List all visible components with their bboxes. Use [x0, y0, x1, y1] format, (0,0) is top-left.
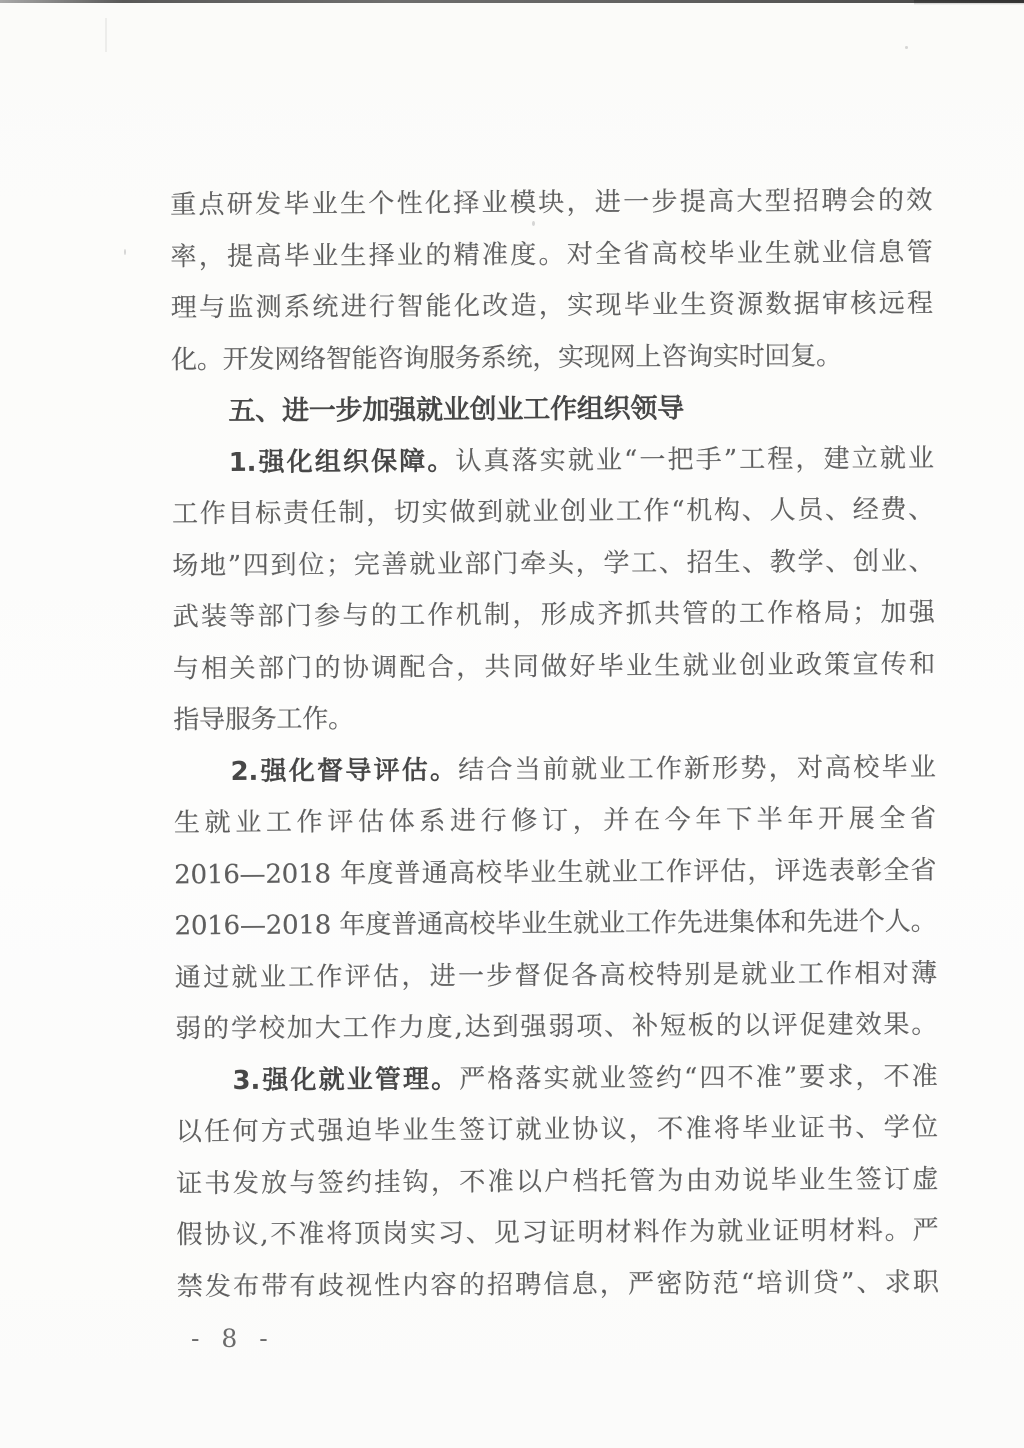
paragraph-lead: 1.强化组织保障。: [229, 446, 456, 477]
paragraph-lead: 2.强化督导评估。: [231, 755, 459, 786]
text-line: 化。开发网络智能咨询服务系统，实现网上咨询实时回复。: [171, 330, 933, 386]
paragraph-text: 结合当前就业工作新形势，对高校毕业: [458, 752, 936, 785]
text-line: 率，提高毕业生择业的精准度。对全省高校毕业生就业信息管: [170, 227, 932, 283]
scan-speck: [905, 46, 908, 49]
scan-edge-artifact: [914, 0, 1024, 5]
paragraph-text: 严格落实就业签约“四不准”要求，不准: [459, 1061, 937, 1094]
text-line: 2016—2018 年度普通高校毕业生就业工作先进集体和先进个人。: [174, 897, 936, 953]
page-number: - 8 -: [191, 1324, 275, 1353]
text-line: 场地”四到位；完善就业部门牵头，学工、招生、教学、创业、: [172, 536, 934, 592]
text-line: 假协议,不准将顶岗实习、见习证明材料作为就业证明材料。严: [176, 1206, 938, 1262]
scan-speck: [124, 249, 126, 255]
text-line: 指导服务工作。: [173, 691, 935, 747]
text-line: 证书发放与签约挂钩，不准以户档托管为由劝说毕业生签订虚: [176, 1154, 938, 1210]
text-line: 武装等部门参与的工作机制，形成齐抓共管的工作格局；加强: [173, 588, 935, 644]
scanned-document-page: 重点研发毕业生个性化择业模块，进一步提高大型招聘会的效 率，提高毕业生择业的精准…: [0, 0, 1024, 1448]
paragraph-first-line: 3.强化就业管理。严格落实就业签约“四不准”要求，不准: [175, 1051, 937, 1107]
section-heading: 五、进一步加强就业创业工作组织领导: [171, 382, 933, 438]
text-line: 禁发布带有歧视性内容的招聘信息，严密防范“培训贷”、求职: [177, 1257, 939, 1313]
text-line: 理与监测系统进行智能化改造，实现毕业生资源数据审核远程: [171, 279, 933, 335]
text-line: 以任何方式强迫毕业生签订就业协议，不准将毕业证书、学位: [176, 1103, 938, 1159]
paragraph-first-line: 2.强化督导评估。结合当前就业工作新形势，对高校毕业: [173, 742, 935, 798]
text-line: 重点研发毕业生个性化择业模块，进一步提高大型招聘会的效: [170, 176, 932, 232]
text-line: 生就业工作评估体系进行修订，并在今年下半年开展全省: [174, 794, 936, 850]
text-line: 弱的学校加大工作力度,达到强弱项、补短板的以评促建效果。: [175, 1000, 937, 1056]
paragraph-first-line: 1.强化组织保障。认真落实就业“一把手”工程，建立就业: [172, 433, 934, 489]
scan-edge-artifact: [0, 0, 1024, 3]
text-line: 与相关部门的协调配合，共同做好毕业生就业创业政策宣传和: [173, 639, 935, 695]
scan-speck: [105, 18, 107, 52]
document-body: 重点研发毕业生个性化择业模块，进一步提高大型招聘会的效 率，提高毕业生择业的精准…: [170, 176, 939, 1314]
paragraph-lead: 3.强化就业管理。: [232, 1064, 459, 1095]
text-line: 2016—2018 年度普通高校毕业生就业工作评估，评选表彰全省: [174, 845, 936, 901]
text-line: 工作目标责任制，切实做到就业创业工作“机构、人员、经费、: [172, 485, 934, 541]
paragraph-text: 认真落实就业“一把手”工程，建立就业: [455, 443, 933, 476]
text-line: 通过就业工作评估，进一步督促各高校特别是就业工作相对薄: [175, 948, 937, 1004]
